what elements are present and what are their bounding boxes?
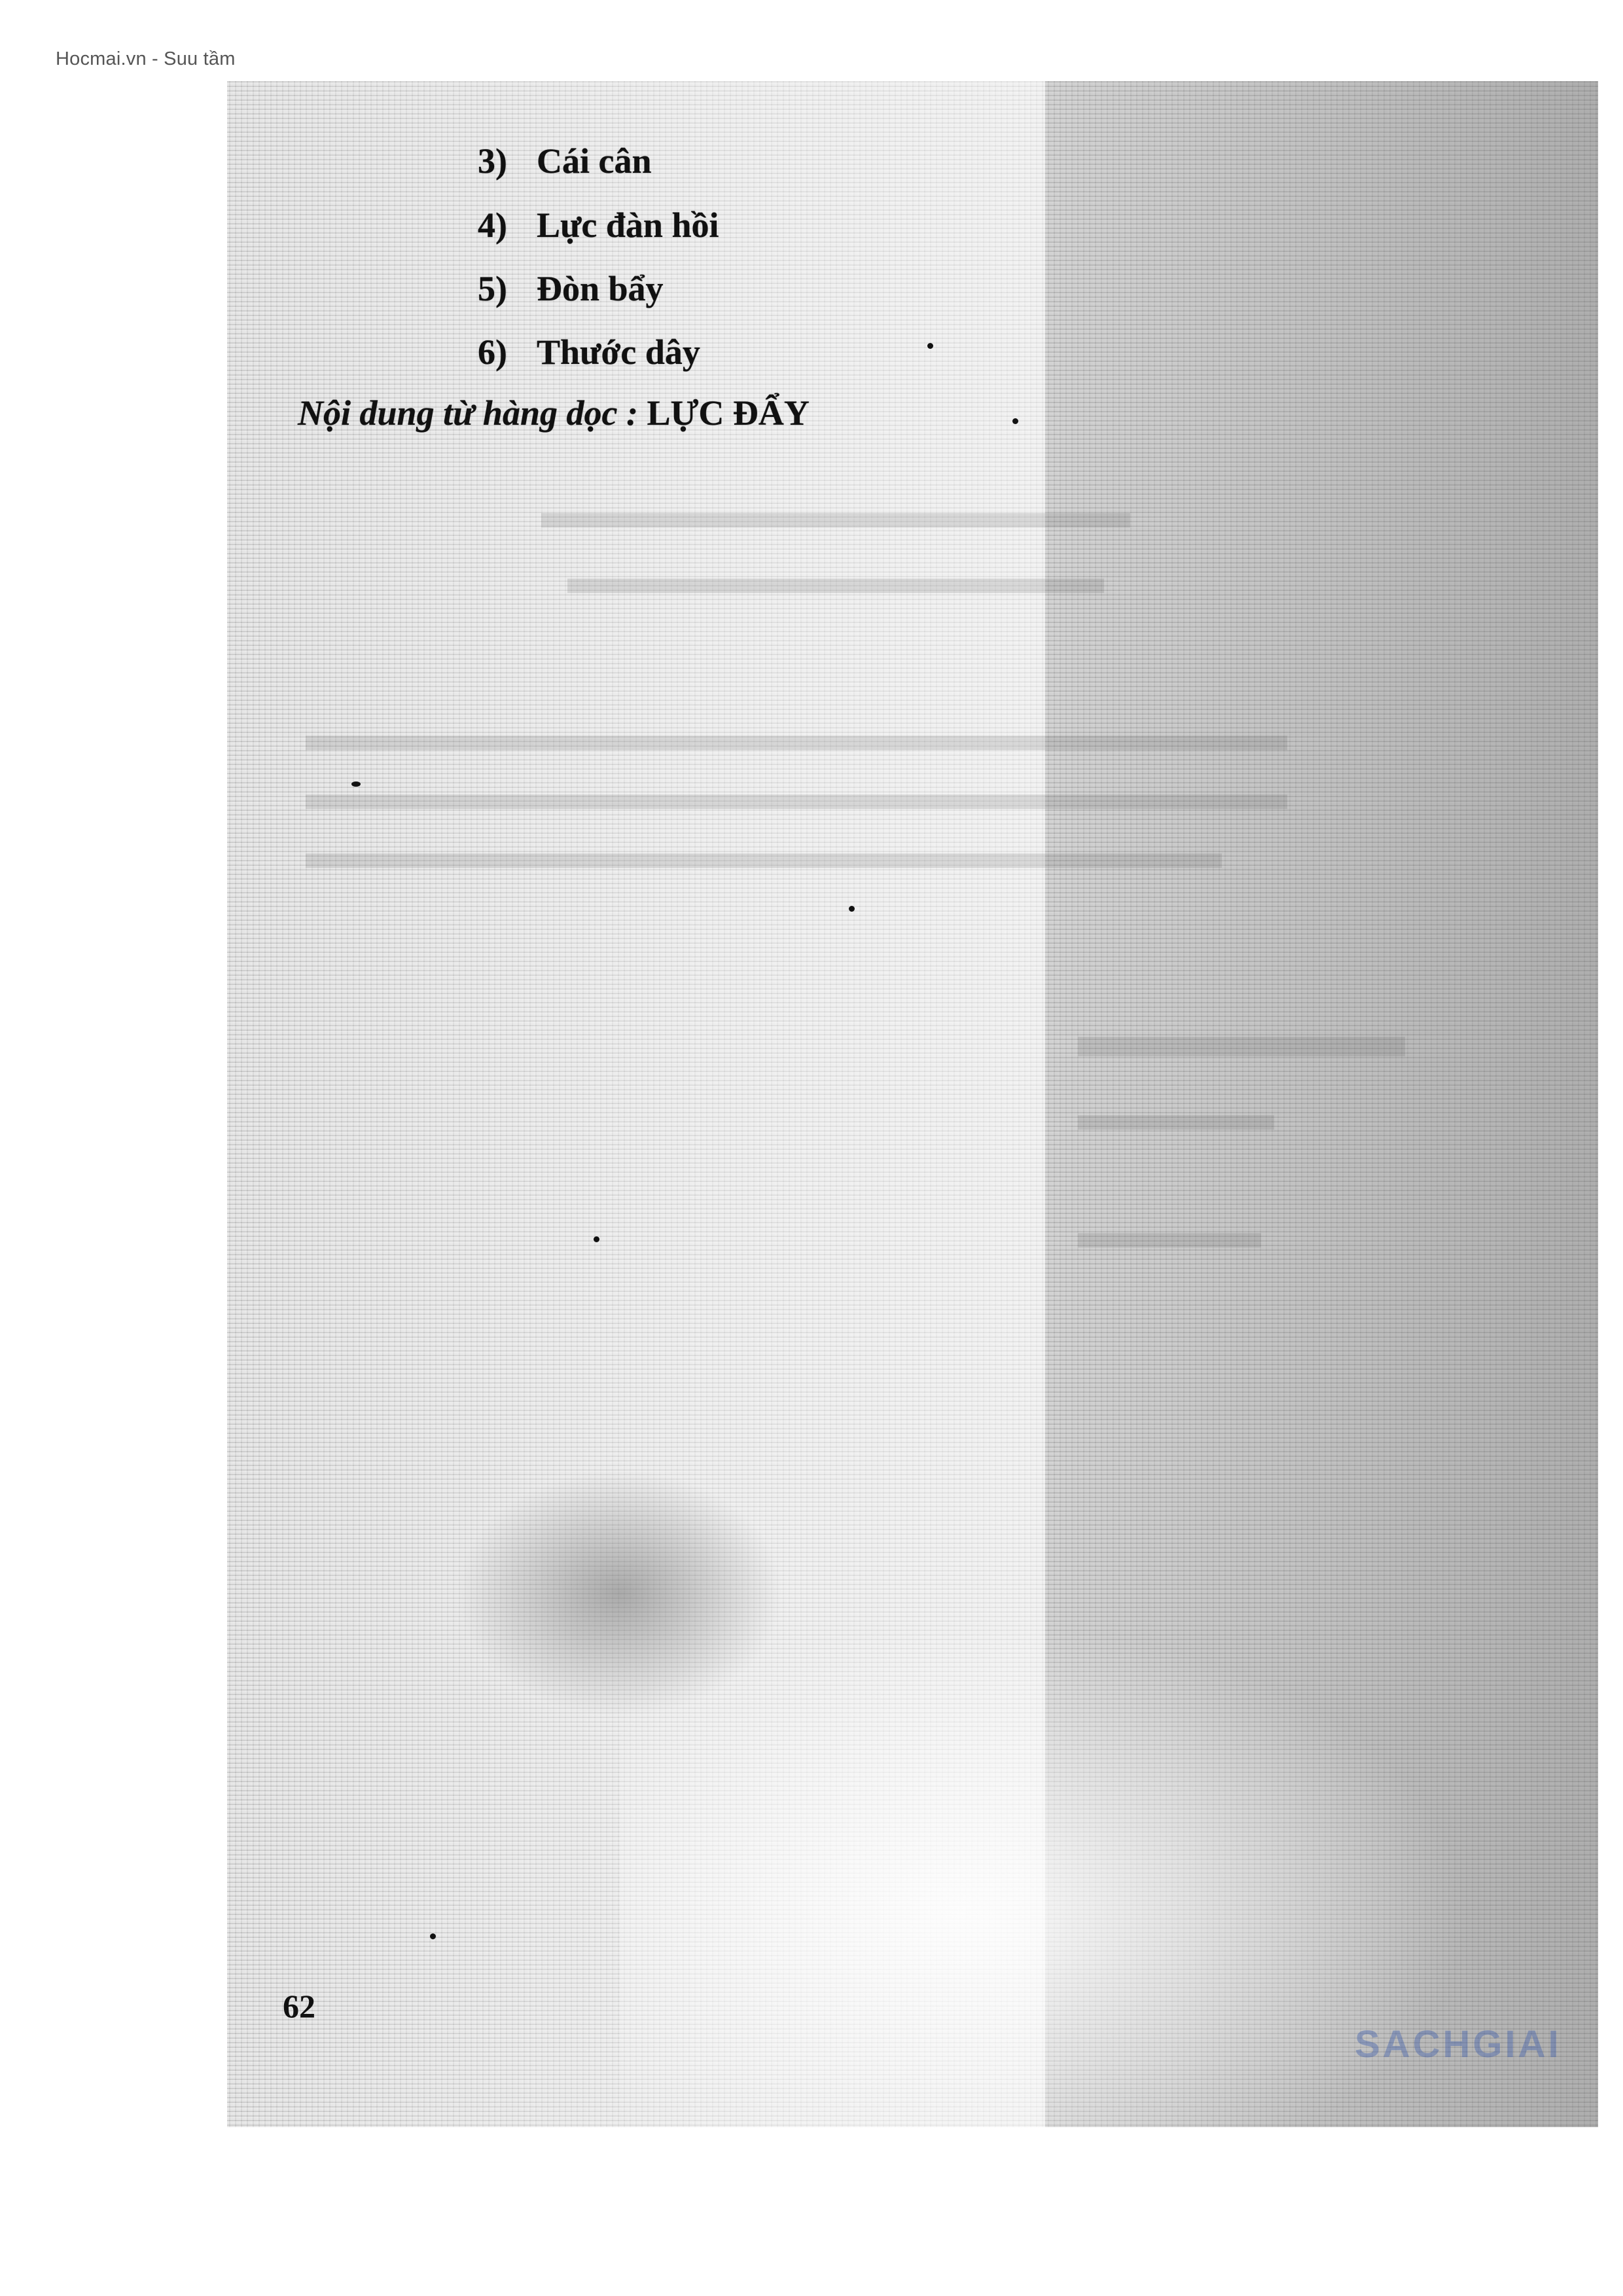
item-number: 6) bbox=[478, 332, 537, 372]
item-number: 5) bbox=[478, 268, 537, 309]
scanned-page bbox=[227, 81, 1598, 2127]
item-text: Lực đàn hồi bbox=[537, 206, 719, 245]
item-number: 3) bbox=[478, 141, 537, 181]
scan-speck bbox=[351, 781, 361, 787]
list-item: 3)Cái cân bbox=[478, 141, 652, 181]
bleed-through-line bbox=[1078, 1037, 1405, 1056]
source-header: Hocmai.vn - Suu tầm bbox=[56, 48, 236, 70]
bleed-through-line bbox=[1078, 1233, 1261, 1247]
bleed-through-line bbox=[306, 736, 1287, 750]
bleed-through-line bbox=[306, 795, 1287, 809]
scan-speck bbox=[849, 906, 855, 912]
scan-speck bbox=[927, 343, 933, 349]
scan-bright-area bbox=[620, 1619, 1471, 2127]
item-text: Cái cân bbox=[537, 141, 652, 181]
scan-speck bbox=[594, 1236, 599, 1242]
item-number: 4) bbox=[478, 205, 537, 245]
scan-speck bbox=[430, 1933, 436, 1939]
summary-label: Nội dung từ hàng dọc : bbox=[298, 393, 638, 433]
bleed-through-line bbox=[541, 513, 1130, 528]
item-text: Thước dây bbox=[537, 332, 700, 372]
page-number: 62 bbox=[283, 1987, 315, 2025]
list-item: 6)Thước dây bbox=[478, 332, 700, 372]
answer-summary: Nội dung từ hàng dọc : LỰC ĐẨY bbox=[298, 393, 810, 433]
bleed-through-line bbox=[1078, 1115, 1274, 1130]
bleed-through-line bbox=[306, 853, 1222, 868]
summary-answer: LỰC ĐẨY bbox=[647, 393, 809, 433]
list-item: 5)Đòn bẩy bbox=[478, 268, 664, 309]
item-text: Đòn bẩy bbox=[537, 269, 664, 308]
bleed-through-line bbox=[567, 579, 1104, 593]
scan-speck bbox=[1012, 418, 1018, 424]
list-item: 4)Lực đàn hồi bbox=[478, 205, 719, 245]
watermark-logo: SACHGIAI bbox=[1355, 2022, 1561, 2066]
